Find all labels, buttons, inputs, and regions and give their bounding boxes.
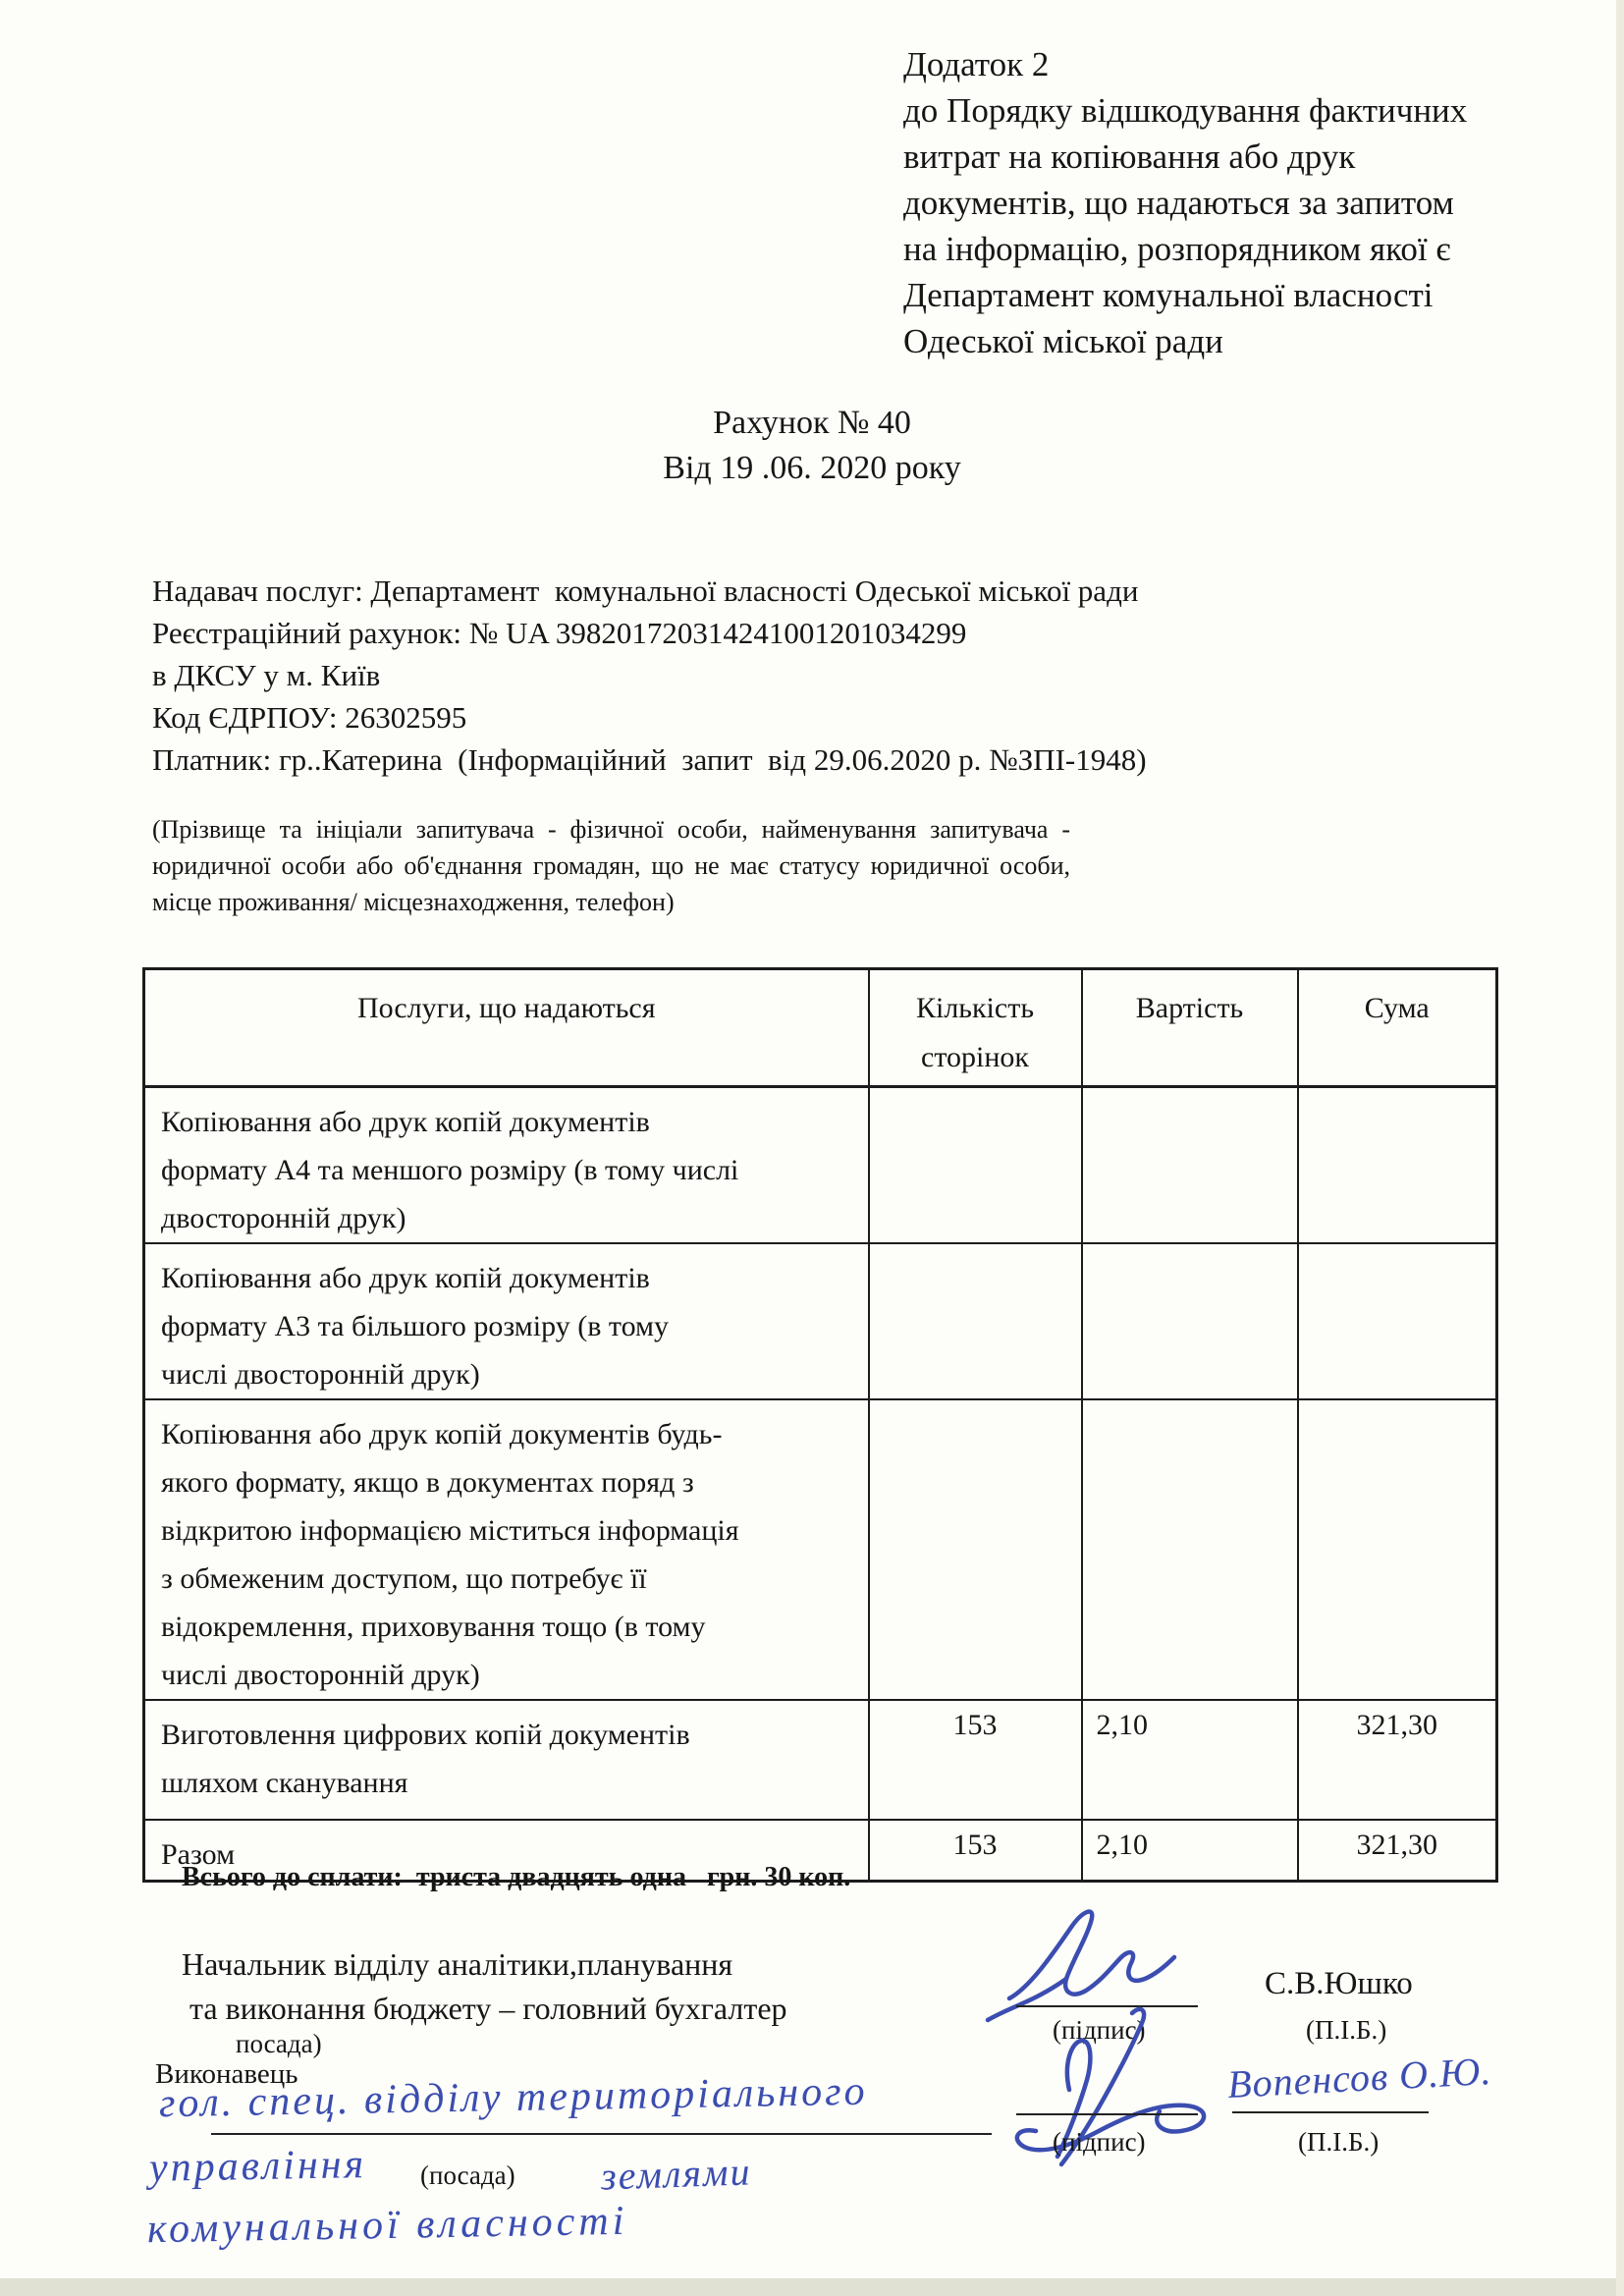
- sum-cell: [1298, 1087, 1497, 1244]
- text-line: витрат на копіювання або друк: [903, 134, 1522, 180]
- text-line: на інформацію, розпорядником якої є: [903, 226, 1522, 272]
- text-line: документів, що надаються за запитом: [903, 180, 1522, 226]
- text-line: Платник: гр..Катерина (Інформаційний зап…: [152, 738, 1429, 781]
- handwritten-executor-name: Вопенсов О.Ю.: [1226, 2048, 1492, 2107]
- signature-line: [1232, 2111, 1429, 2113]
- posada-caption: (посада): [420, 2160, 515, 2191]
- price-cell: [1082, 1087, 1298, 1244]
- quantity-cell: [869, 1087, 1082, 1244]
- appendix-reference-block: Додаток 2до Порядку відшкодування фактич…: [903, 41, 1522, 364]
- invoice-title: Рахунок № 40: [0, 401, 1624, 446]
- text-line: Код ЄДРПОУ: 26302595: [152, 696, 1429, 738]
- table-row: Копіювання або друк копій документів буд…: [144, 1399, 1497, 1700]
- text-line: Надавач послуг: Департамент комунальної …: [152, 570, 1429, 612]
- chief-accountant-position: Начальник відділу аналітики,планування т…: [182, 1942, 1065, 2031]
- text-line: Реєстраційний рахунок: № UA 398201720314…: [152, 612, 1429, 654]
- quantity-cell: 153: [869, 1820, 1082, 1881]
- sum-cell: 321,30: [1298, 1700, 1497, 1820]
- table-row: Копіювання або друк копій документів фор…: [144, 1087, 1497, 1244]
- price-cell: [1082, 1399, 1298, 1700]
- text-line: до Порядку відшкодування фактичних: [903, 87, 1522, 134]
- provider-details-block: Надавач послуг: Департамент комунальної …: [152, 570, 1429, 781]
- service-cell: Виготовлення цифрових копій документів ш…: [144, 1700, 869, 1820]
- scan-edge-band-bottom: [0, 2278, 1624, 2296]
- position-line: та виконання бюджету – головний бухгалте…: [182, 1987, 1065, 2031]
- text-line: в ДКСУ у м. Київ: [152, 654, 1429, 696]
- col-header-price: Вартість: [1082, 969, 1298, 1087]
- position-caption: посада): [236, 2029, 322, 2059]
- handwritten-position-line2b: землями: [600, 2148, 752, 2199]
- position-line: Начальник відділу аналітики,планування: [182, 1942, 1065, 1987]
- col-header-quantity: Кількість сторінок: [869, 969, 1082, 1087]
- total-amount-line: Всього до сплати: триста двадцять одна г…: [182, 1862, 850, 1893]
- invoice-title-block: Рахунок № 40 Від 19 .06. 2020 року: [0, 401, 1624, 491]
- accountant-name: С.В.Юшко: [1265, 1966, 1413, 2002]
- sum-cell: [1298, 1243, 1497, 1399]
- sum-cell: 321,30: [1298, 1820, 1497, 1881]
- table-header-row: Послуги, що надаються Кількість сторінок…: [144, 969, 1497, 1087]
- quantity-cell: [869, 1399, 1082, 1700]
- price-cell: [1082, 1243, 1298, 1399]
- price-cell: 2,10: [1082, 1820, 1298, 1881]
- col-header-service: Послуги, що надаються: [144, 969, 869, 1087]
- invoice-date: Від 19 .06. 2020 року: [0, 446, 1624, 491]
- quantity-cell: 153: [869, 1700, 1082, 1820]
- text-line: Додаток 2: [903, 41, 1522, 87]
- requester-note: (Прізвище та ініціали запитувача - фізич…: [152, 811, 1070, 920]
- sum-cell: [1298, 1399, 1497, 1700]
- service-cell: Копіювання або друк копій документів фор…: [144, 1243, 869, 1399]
- col-header-sum: Сума: [1298, 969, 1497, 1087]
- services-table: Послуги, що надаються Кількість сторінок…: [142, 967, 1498, 1883]
- name-caption: (П.І.Б.): [1298, 2127, 1379, 2158]
- scan-edge-band-right: [1616, 0, 1624, 2296]
- service-cell: Копіювання або друк копій документів фор…: [144, 1087, 869, 1244]
- handwritten-position-line3: комунальної власності: [147, 2198, 628, 2254]
- text-line: Департамент комунальної власності: [903, 272, 1522, 318]
- table-row: Виготовлення цифрових копій документів ш…: [144, 1700, 1497, 1820]
- name-caption: (П.І.Б.): [1306, 2015, 1386, 2046]
- signature-line: [1016, 2113, 1198, 2115]
- service-cell: Копіювання або друк копій документів буд…: [144, 1399, 869, 1700]
- signature-caption: (підпис): [1053, 2127, 1146, 2158]
- price-cell: 2,10: [1082, 1700, 1298, 1820]
- scanned-invoice-page: Додаток 2до Порядку відшкодування фактич…: [0, 0, 1624, 2296]
- text-line: Одеської міської ради: [903, 318, 1522, 364]
- handwritten-position-line2: управління: [149, 2141, 367, 2192]
- signature-line: [211, 2133, 992, 2135]
- quantity-cell: [869, 1243, 1082, 1399]
- table-row: Копіювання або друк копій документів фор…: [144, 1243, 1497, 1399]
